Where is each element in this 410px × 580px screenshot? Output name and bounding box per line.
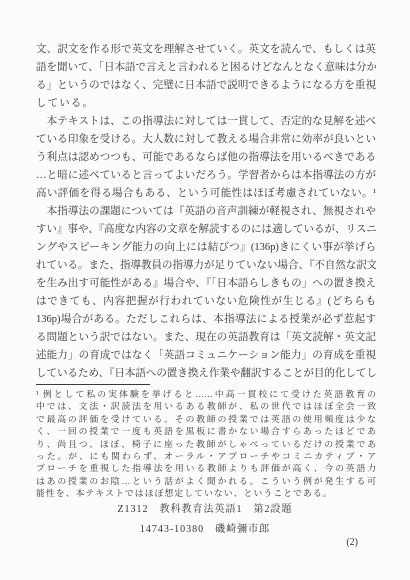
text-line: を生み出す可能性がある』場合や、『「日本語らしきもの」への置き換え	[36, 275, 376, 293]
text-line: 能性を、本テキストではほぼ想定していない、ということである。	[36, 487, 376, 499]
text-line: ングやスピーキング能力の向上には結びつ』(136p)きにくい事が挙げら	[36, 239, 376, 257]
text-line: 高い評価を得る場合もある、という可能性はほぼ考慮されていない。¹	[36, 185, 376, 203]
text-line: る問題という訳ではない。また、現在の英語教育は「英文読解・英文記	[36, 329, 376, 347]
text-line: く、一回の授業で一度も英語を黒板に書かない場合すらあったほどであ	[36, 425, 376, 437]
footer-student-id-name: 14743-10380 磯崎彌市郎	[0, 520, 410, 535]
text-line: 語を聞いて、「日本語で言えと言われると困るけどなんとなく意味は分か	[36, 59, 376, 77]
footer-course-title: Z1312 教科教育法英語1 第2設題	[0, 500, 410, 515]
footnote-block: ¹ 例として私の実体験を挙げると……中高一貫校にて受けた英語教育の中では、文法・…	[36, 388, 376, 500]
text-line: 本テキストは、この指導法に対しては一貫して、否定的な見解を述べ	[36, 113, 376, 131]
footnote-separator	[36, 384, 150, 385]
text-line: している。	[36, 95, 376, 113]
text-line: プローチを重視した指導法を用いる教師よりも評価が高く、今の英語力	[36, 462, 376, 474]
text-line: はあの授業のお陰…という話がよく聞かれる。こういう例が発生する可	[36, 475, 376, 487]
text-line: り、尚且つ、ほぼ、椅子に座った教師がしゃべっているだけの授業であ	[36, 438, 376, 450]
text-line: れている。また、指導教員の指導力が足りていない場合、『不自然な訳文	[36, 257, 376, 275]
text-line: …と暗に述べていると言ってよいだろう。学習者からは本指導法の方が	[36, 167, 376, 185]
text-line: で最高の評価を受けている。その教師の授業では英語の使用頻度は少な	[36, 413, 376, 425]
text-line: はできても、内容把握が行われていない危険性が生じる』(どちらも	[36, 293, 376, 311]
text-line: 本指導法の課題については『英語の音声訓練が軽視され、無視されや	[36, 203, 376, 221]
text-line: 文、訳文を作る形で英文を理解させていく。英文を読んで、もしくは英	[36, 41, 376, 59]
text-line: しているため、『日本語への置き換え作業や翻訳することが目的化してし	[36, 365, 376, 383]
page-number: (2)	[346, 537, 358, 548]
text-line: ている印象を受ける。大人数に対して教える場合非常に効率が良いとい	[36, 131, 376, 149]
text-line: すい』事や、『高度な内容の文章を解読するのには適しているが、リスニ	[36, 221, 376, 239]
text-line: 中では、文法・訳読法を用いるある教師が、私の世代ではほぼ全会一致	[36, 400, 376, 412]
text-line: る」というのではなく、完璧に日本語で説明できるようになる方を重視	[36, 77, 376, 95]
text-line: 136p)場合がある。ただしこれらは、本指導法による授業が必ず惹起す	[36, 311, 376, 329]
document-page: 文、訳文を作る形で英文を理解させていく。英文を読んで、もしくは英語を聞いて、「日…	[0, 0, 410, 580]
text-line: ¹ 例として私の実体験を挙げると……中高一貫校にて受けた英語教育の	[36, 388, 376, 400]
main-text-block: 文、訳文を作る形で英文を理解させていく。英文を読んで、もしくは英語を聞いて、「日…	[36, 41, 376, 383]
text-line: った。が、にも関わらず、オーラル・アプローチやコミニカティブ・ア	[36, 450, 376, 462]
text-line: 述能力」の育成ではなく「英語コミュニケーション能力」の育成を重視	[36, 347, 376, 365]
text-line: う利点は認めつつも、可能であるならば他の指導法を用いるべきである	[36, 149, 376, 167]
